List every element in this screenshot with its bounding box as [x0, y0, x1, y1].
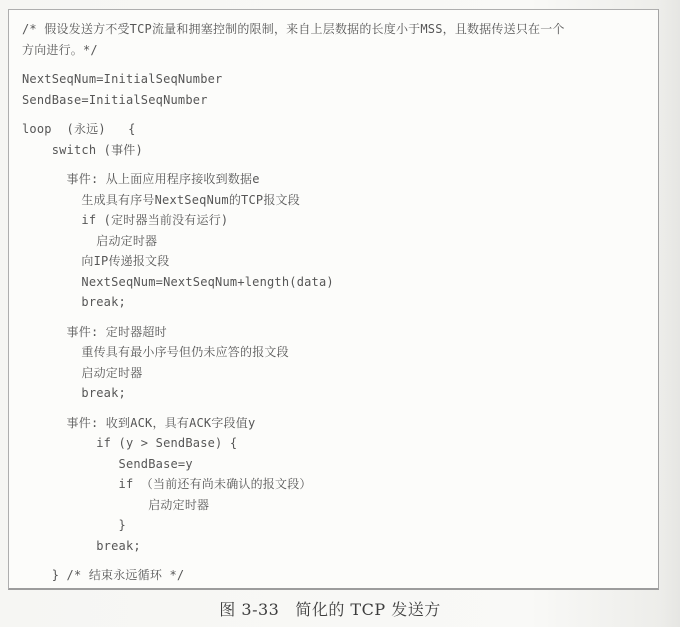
code-line: } [22, 515, 654, 536]
code-line: 启动定时器 [22, 495, 654, 516]
code-line: } /* 结束永远循环 */ [22, 565, 654, 586]
code-line: switch (事件) [22, 140, 654, 161]
code-line: SendBase=InitialSeqNumber [22, 90, 654, 111]
code-line: 方向进行。*/ [22, 40, 654, 61]
code-line: break; [22, 536, 654, 557]
code-blank-line [22, 404, 654, 413]
code-blank-line [22, 60, 654, 69]
code-blank-line [22, 313, 654, 322]
code-blank-line [22, 160, 654, 169]
code-line: break; [22, 292, 654, 313]
figure-title: 简化的 TCP 发送方 [295, 600, 440, 619]
code-line: 重传具有最小序号但仍未应答的报文段 [22, 342, 654, 363]
textbook-page: /* 假设发送方不受TCP流量和拥塞控制的限制，来自上层数据的长度小于MSS，且… [0, 0, 680, 627]
code-line: /* 假设发送方不受TCP流量和拥塞控制的限制，来自上层数据的长度小于MSS，且… [22, 19, 654, 40]
code-blank-line [22, 556, 654, 565]
tcp-sender-pseudocode: /* 假设发送方不受TCP流量和拥塞控制的限制，来自上层数据的长度小于MSS，且… [22, 19, 654, 586]
code-line: NextSeqNum=NextSeqNum+length(data) [22, 272, 654, 293]
code-line: 事件: 收到ACK，具有ACK字段值y [22, 413, 654, 434]
code-line: 事件: 定时器超时 [22, 322, 654, 343]
code-line: 事件: 从上面应用程序接收到数据e [22, 169, 654, 190]
code-line: loop (永远) { [22, 119, 654, 140]
figure-number: 图 3-33 [219, 600, 279, 619]
code-line: if (定时器当前没有运行) [22, 210, 654, 231]
code-line: 启动定时器 [22, 231, 654, 252]
code-line: 启动定时器 [22, 363, 654, 384]
code-line: SendBase=y [22, 454, 654, 475]
code-line: if (y > SendBase) { [22, 433, 654, 454]
code-line: break; [22, 383, 654, 404]
code-blank-line [22, 110, 654, 119]
code-line: if （当前还有尚未确认的报文段） [22, 474, 654, 495]
pseudocode-figure-box: /* 假设发送方不受TCP流量和拥塞控制的限制，来自上层数据的长度小于MSS，且… [8, 9, 659, 590]
code-line: NextSeqNum=InitialSeqNumber [22, 69, 654, 90]
code-line: 生成具有序号NextSeqNum的TCP报文段 [22, 190, 654, 211]
figure-caption: 图 3-33简化的 TCP 发送方 [0, 597, 660, 621]
code-line: 向IP传递报文段 [22, 251, 654, 272]
